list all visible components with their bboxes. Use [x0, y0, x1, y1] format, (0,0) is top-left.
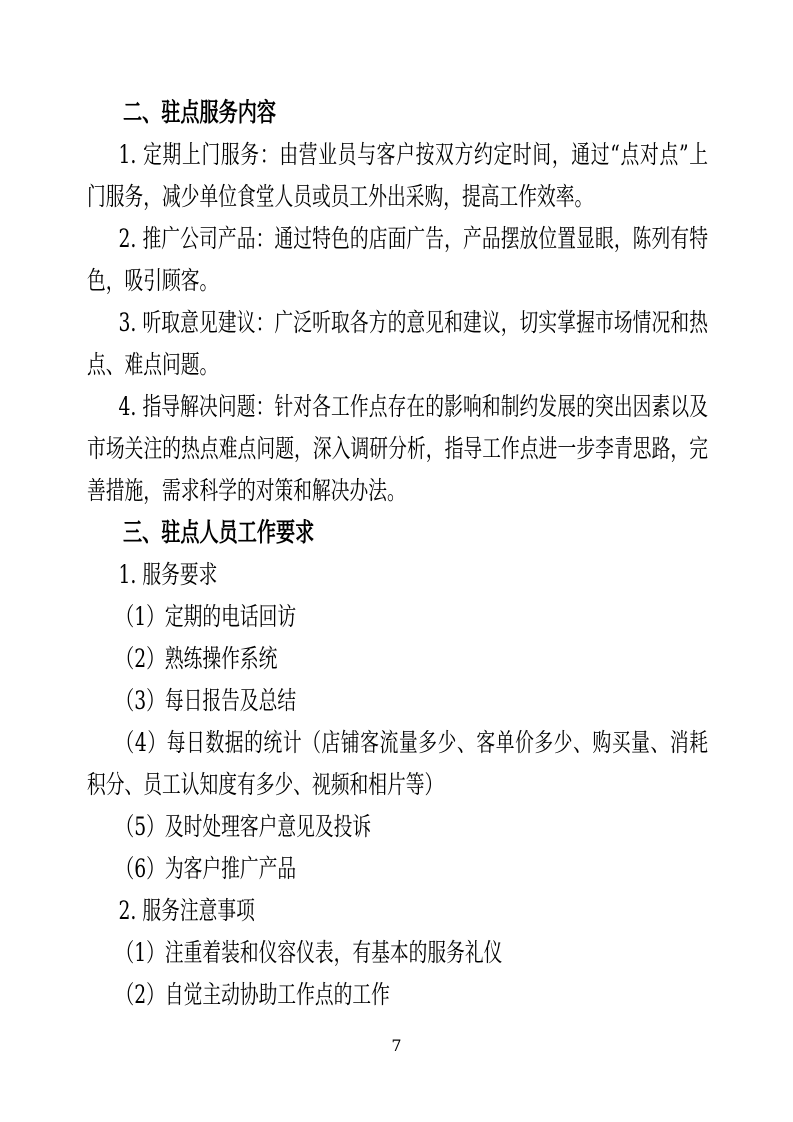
text-line: （2）熟练操作系统 — [87, 638, 708, 680]
text-line: 1. 定期上门服务：由营业员与客户按双方约定时间，通过“点对点”上 — [87, 134, 708, 176]
text-line: （1）定期的电话回访 — [87, 596, 708, 638]
text-line: 门服务，减少单位食堂人员或员工外出采购，提高工作效率。 — [87, 176, 708, 218]
text-line: （5）及时处理客户意见及投诉 — [87, 806, 708, 848]
text-line: 色，吸引顾客。 — [87, 260, 708, 302]
text-line: （2）自觉主动协助工作点的工作 — [87, 974, 708, 1016]
text-line: 积分、员工认知度有多少、视频和相片等） — [87, 764, 708, 806]
text-line: 1. 服务要求 — [87, 554, 708, 596]
text-line: 3. 听取意见建议：广泛听取各方的意见和建议，切实掌握市场情况和热 — [87, 302, 708, 344]
page-number: 7 — [0, 1036, 793, 1056]
text-line: （3）每日报告及总结 — [87, 680, 708, 722]
text-line: （4）每日数据的统计（店铺客流量多少、客单价多少、购买量、消耗 — [87, 722, 708, 764]
text-line: 市场关注的热点难点问题，深入调研分析，指导工作点进一步李青思路，完 — [87, 428, 708, 470]
text-line: （6）为客户推广产品 — [87, 848, 708, 890]
document-page: 二、驻点服务内容 1. 定期上门服务：由营业员与客户按双方约定时间，通过“点对点… — [0, 0, 793, 1122]
text-line: （1）注重着装和仪容仪表，有基本的服务礼仪 — [87, 932, 708, 974]
section-heading: 二、驻点服务内容 — [87, 92, 708, 134]
text-line: 点、难点问题。 — [87, 344, 708, 386]
text-line: 2. 服务注意事项 — [87, 890, 708, 932]
section-heading: 三、驻点人员工作要求 — [87, 512, 708, 554]
text-line: 4. 指导解决问题：针对各工作点存在的影响和制约发展的突出因素以及 — [87, 386, 708, 428]
text-line: 2. 推广公司产品：通过特色的店面广告，产品摆放位置显眼，陈列有特 — [87, 218, 708, 260]
text-line: 善措施，需求科学的对策和解决办法。 — [87, 470, 708, 512]
